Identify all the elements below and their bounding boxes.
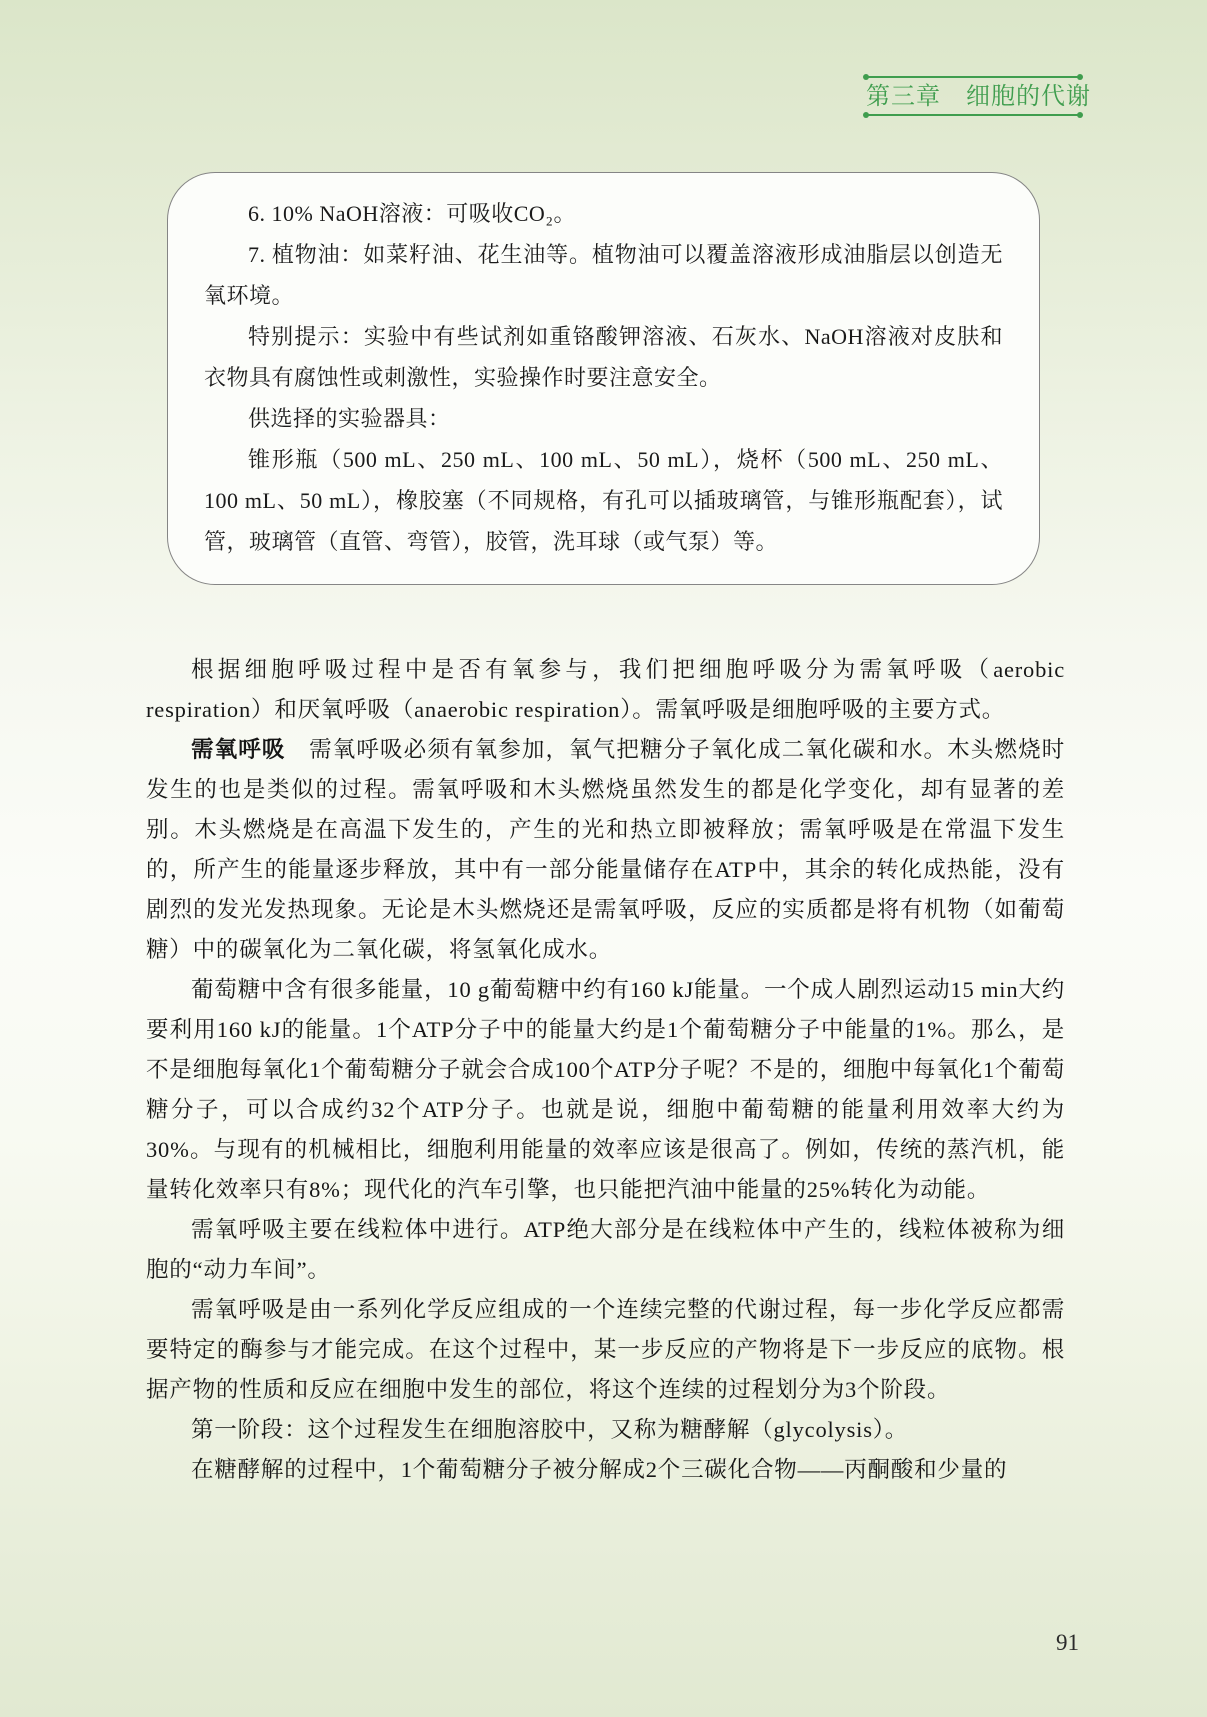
body-paragraph-mitochondria: 需氧呼吸主要在线粒体中进行。ATP绝大部分是在线粒体中产生的，线粒体被称为细胞的…: [146, 1210, 1065, 1290]
body-paragraph-glycolysis-process: 在糖酵解的过程中，1个葡萄糖分子被分解成2个三碳化合物——丙酮酸和少量的: [146, 1450, 1065, 1490]
rule-end-dot: [1077, 74, 1083, 80]
callout-paragraph-plant-oil: 7. 植物油：如菜籽油、花生油等。植物油可以覆盖溶液形成油脂层以创造无氧环境。: [204, 234, 1003, 316]
header-rule-bottom: [866, 114, 1080, 116]
paragraph-text: 根据细胞呼吸过程中是否有氧参与，我们把细胞呼吸分为需氧呼吸（aerobic re…: [146, 657, 1065, 722]
body-paragraph-glycolysis: 第一阶段：这个过程发生在细胞溶胶中，又称为糖酵解（glycolysis）。: [146, 1410, 1065, 1450]
callout-paragraph-equipment-title: 供选择的实验器具：: [204, 398, 1003, 439]
paragraph-text: 在糖酵解的过程中，1个葡萄糖分子被分解成2个三碳化合物——丙酮酸和少量的: [191, 1457, 1007, 1482]
paragraph-text: 葡萄糖中含有很多能量，10 g葡萄糖中约有160 kJ能量。一个成人剧烈运动15…: [146, 977, 1065, 1202]
paragraph-text: 需氧呼吸必须有氧参加，氧气把糖分子氧化成二氧化碳和水。木头燃烧时发生的也是类似的…: [146, 737, 1065, 962]
body-paragraph-glucose-energy: 葡萄糖中含有很多能量，10 g葡萄糖中约有160 kJ能量。一个成人剧烈运动15…: [146, 970, 1065, 1210]
chapter-title: 第三章 细胞的代谢: [866, 78, 1080, 114]
main-text: 根据细胞呼吸过程中是否有氧参与，我们把细胞呼吸分为需氧呼吸（aerobic re…: [146, 650, 1065, 1490]
header-rule-top: [866, 76, 1080, 78]
chapter-header: 第三章 细胞的代谢: [866, 76, 1080, 116]
paragraph-text: 第一阶段：这个过程发生在细胞溶胶中，又称为糖酵解（glycolysis）。: [191, 1417, 908, 1442]
callout-paragraph-naoh: 6. 10% NaOH溶液：可吸收CO₂。: [204, 193, 1003, 234]
paragraph-text: 需氧呼吸主要在线粒体中进行。ATP绝大部分是在线粒体中产生的，线粒体被称为细胞的…: [146, 1217, 1065, 1282]
experiment-callout-box: 6. 10% NaOH溶液：可吸收CO₂。 7. 植物油：如菜籽油、花生油等。植…: [167, 172, 1040, 585]
paragraph-lead: 需氧呼吸: [191, 737, 286, 763]
paragraph-text: 需氧呼吸是由一系列化学反应组成的一个连续完整的代谢过程，每一步化学反应都需要特定…: [146, 1297, 1065, 1402]
body-paragraph-three-stages: 需氧呼吸是由一系列化学反应组成的一个连续完整的代谢过程，每一步化学反应都需要特定…: [146, 1290, 1065, 1410]
textbook-page: 第三章 细胞的代谢 6. 10% NaOH溶液：可吸收CO₂。 7. 植物油：如…: [0, 0, 1207, 1717]
body-paragraph-aerobic-respiration: 需氧呼吸 需氧呼吸必须有氧参加，氧气把糖分子氧化成二氧化碳和水。木头燃烧时发生的…: [146, 730, 1065, 970]
callout-paragraph-equipment-list: 锥形瓶（500 mL、250 mL、100 mL、50 mL），烧杯（500 m…: [204, 439, 1003, 562]
page-number: 91: [1056, 1630, 1079, 1656]
body-paragraph-respiration-types: 根据细胞呼吸过程中是否有氧参与，我们把细胞呼吸分为需氧呼吸（aerobic re…: [146, 650, 1065, 730]
rule-end-dot: [863, 74, 869, 80]
callout-paragraph-safety-tip: 特别提示：实验中有些试剂如重铬酸钾溶液、石灰水、NaOH溶液对皮肤和衣物具有腐蚀…: [204, 316, 1003, 398]
rule-end-dot: [863, 112, 869, 118]
rule-end-dot: [1077, 112, 1083, 118]
